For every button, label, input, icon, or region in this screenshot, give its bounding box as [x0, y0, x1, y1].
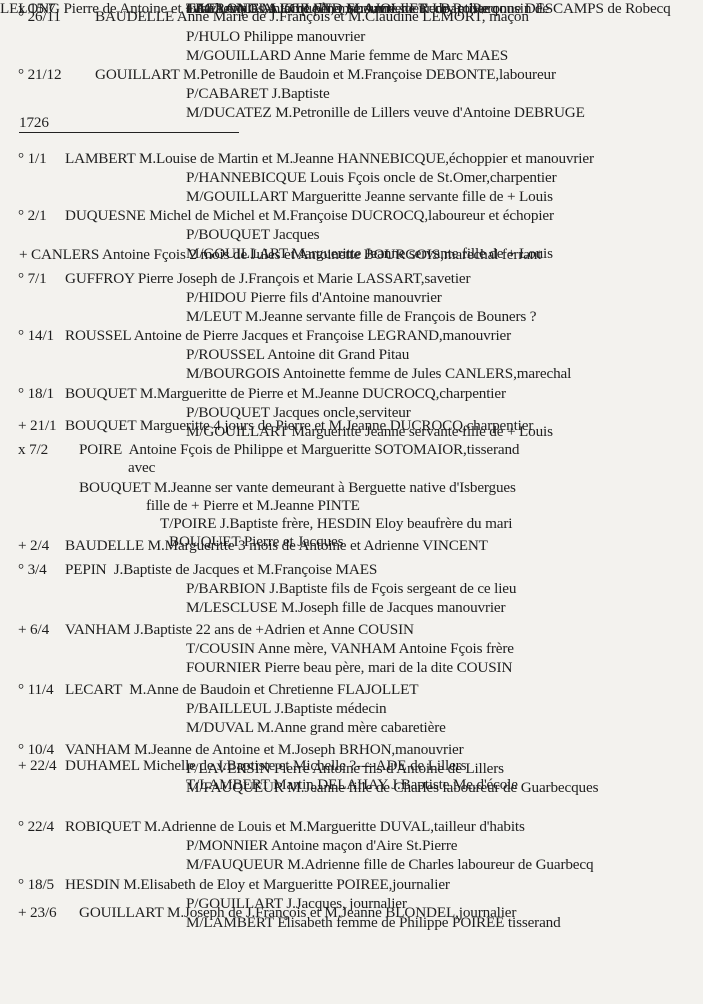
entry-main: ROUSSEL Antoine de Pierre Jacques et Fra… — [65, 327, 511, 345]
year-underline — [19, 132, 239, 133]
entry-main: BOUQUET Margueritte 4 jours de Pierre et… — [65, 417, 533, 435]
entry-main: + CANLERS Antoine Fçois 2 mois de Jules … — [19, 246, 541, 264]
entry-mark-date: + 2/4 — [18, 537, 49, 555]
entry-mark-date: ° 22/4 — [18, 818, 54, 836]
entry-sub: P/BOUQUET Jacques — [186, 226, 319, 244]
entry-mark-date: ° 18/5 — [18, 876, 54, 894]
entry-mark-date: x 7/2 — [18, 441, 48, 459]
entry-sub: M/LEUT M.Jeanne servante fille de Franço… — [186, 308, 536, 326]
entry-sub: M/DUCATEZ M.Petronille de Lillers veuve … — [186, 104, 585, 122]
entry-sub: M/LESCLUSE M.Joseph fille de Jacques man… — [186, 599, 505, 617]
entry-sub: M/FAUQUEUR M.Adrienne fille de Charles l… — [186, 856, 593, 874]
entry-main: ROBIQUET M.Adrienne de Louis et M.Margue… — [65, 818, 525, 836]
entry-sub: P/HIDOU Pierre fils d'Antoine manouvrier — [186, 289, 442, 307]
entry-main: DUQUESNE Michel de Michel et M.Françoise… — [65, 207, 554, 225]
entry-sub: T/COUSIN Anne mère, VANHAM Antoine Fçois… — [186, 640, 514, 658]
entry-sub: M/GOUILLART Margueritte Jeanne servante … — [186, 188, 553, 206]
entry-mark-date: + 6/4 — [18, 621, 49, 639]
entry-sub: M/GOUILLARD Anne Marie femme de Marc MAE… — [186, 47, 508, 65]
entry-main: POIRE Antoine Fçois de Philippe et Margu… — [79, 441, 519, 459]
entry-mark-date: ° 7/1 — [18, 270, 47, 288]
entry-sub: P/BAILLEUL J.Baptiste médecin — [186, 700, 387, 718]
entry-sub: fille de + Pierre et M.Jeanne PINTE — [146, 497, 360, 515]
entry-sub: P/HULO Philippe manouvrier — [186, 28, 365, 46]
entry-mark-date: ° 3/4 — [18, 561, 47, 579]
entry-main: GUFFROY Pierre Joseph de J.François et M… — [65, 270, 470, 288]
entry-main: BAUDELLE M.Margueritte 3 mois de Antoine… — [65, 537, 488, 555]
entry-main: LAMBERT M.Louise de Martin et M.Jeanne H… — [65, 150, 594, 168]
entry-mark-date: ° 11/4 — [18, 681, 53, 699]
entry-main: GOUILLART M.Petronille de Baudoin et M.F… — [95, 66, 556, 84]
entry-sub: BOUQUET M.Jeanne ser vante demeurant à B… — [79, 479, 516, 497]
entry-mark-date: + 22/4 — [18, 757, 56, 775]
register-page: ° 26/11 BAUDELLE Anne Marie de J.Françoi… — [0, 0, 703, 1004]
entry-sub: M/DUVAL M.Anne grand mère cabaretière — [186, 719, 446, 737]
year-heading: 1726 — [19, 114, 49, 132]
entry-mark-date: ° 2/1 — [18, 207, 47, 225]
entry-sub: T/POIRE J.Baptiste frère, HESDIN Eloy be… — [160, 515, 512, 533]
entry-sub: P/ROUSSEL Antoine dit Grand Pitau — [186, 346, 409, 364]
entry-mark-date: + 21/1 — [18, 417, 56, 435]
entry-sub: M/BOURGOIS Antoinette femme de Jules CAN… — [186, 365, 571, 383]
entry-main: HESDIN M.Elisabeth de Eloy et Margueritt… — [65, 876, 450, 894]
entry-main: LECART M.Anne de Baudoin et Chretienne F… — [65, 681, 418, 699]
entry-sub: P/HANNEBICQUE Louis Fçois oncle de St.Om… — [186, 169, 557, 187]
entry-line: ° 21/12 — [18, 66, 61, 84]
entry-main: PEPIN J.Baptiste de Jacques et M.Françoi… — [65, 561, 377, 579]
entry-sub: P/MONNIER Antoine maçon d'Aire St.Pierre — [186, 837, 457, 855]
entry-mark-date: + 23/6 — [18, 904, 56, 922]
entry-mark-date: ° 18/1 — [18, 385, 54, 403]
entry-mark-date: ° 1/1 — [18, 150, 47, 168]
entry-mark-date: ° 14/1 — [18, 327, 54, 345]
entry-main: DUHAMEL Michelle de J.Baptiste et Michel… — [65, 757, 466, 775]
entry-sub: P/CABARET J.Baptiste — [186, 85, 330, 103]
entry-sub: P/BARBION J.Baptiste fils de Fçois serge… — [186, 580, 516, 598]
entry-sub: avec — [128, 459, 155, 477]
entry-main: BOUQUET M.Margueritte de Pierre et M.Jea… — [65, 385, 506, 403]
entry-main: VANHAM J.Baptiste 22 ans de +Adrien et A… — [65, 621, 414, 639]
entry-sub: T/LAMBERT Martin,DELAHAY J.Baptiste Me.d… — [186, 776, 518, 794]
entry-sub: Guarbecques, LEGRAND M.Anne soeur de Rob… — [186, 0, 498, 18]
entry-sub: FOURNIER Pierre beau père, mari de la di… — [186, 659, 512, 677]
entry-main: GOUILLART M.Joseph de J.François et M.Je… — [79, 904, 516, 922]
